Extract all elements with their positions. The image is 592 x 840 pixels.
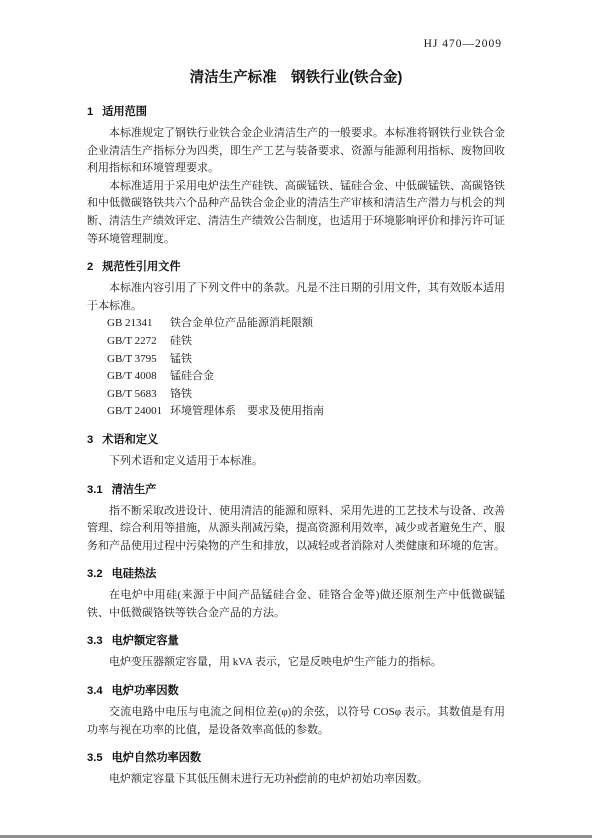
term-3-3-title: 电炉额定容量 xyxy=(112,635,179,647)
reference-code: GB/T 2272 xyxy=(107,333,170,351)
reference-item: GB/T 4008 锰硅合金 xyxy=(107,368,505,386)
section-2-heading: 2规范性引用文件 xyxy=(87,258,505,274)
term-3-1-number: 3.1 xyxy=(87,484,103,496)
term-3-2-number: 3.2 xyxy=(87,568,103,580)
term-definition: 交流电路中电压与电流之间相位差(φ)的余弦，以符号 COSφ 表示。其数值是有用… xyxy=(87,704,505,739)
reference-code: GB/T 3795 xyxy=(107,351,170,369)
page-number: 1 xyxy=(0,774,592,786)
document-content: 1适用范围 本标准规定了钢铁行业铁合金企业清洁生产的一般要求。本标准将钢铁行业铁… xyxy=(87,103,505,789)
section-1-heading: 1适用范围 xyxy=(87,103,505,119)
document-page: HJ 470—2009 清洁生产标准 钢铁行业(铁合金) 1适用范围 本标准规定… xyxy=(0,0,592,840)
section-1-title: 适用范围 xyxy=(102,106,147,118)
reference-code: GB/T 24001 xyxy=(107,403,170,421)
paragraph: 本标准内容引用了下列文件中的条款。凡是不注日期的引用文件，其有效版本适用于本标准… xyxy=(87,280,505,315)
term-definition: 指不断采取改进设计、使用清洁的能源和原料、采用先进的工艺技术与设备、改善管理、综… xyxy=(87,503,505,556)
reference-item: GB/T 3795 锰铁 xyxy=(107,351,505,369)
term-3-3-heading: 3.3电炉额定容量 xyxy=(87,632,505,648)
term-3-4-number: 3.4 xyxy=(87,685,103,697)
section-3-title: 术语和定义 xyxy=(102,434,158,446)
term-3-1-heading: 3.1清洁生产 xyxy=(87,481,505,497)
reference-item: GB/T 2272 硅铁 xyxy=(107,333,505,351)
reference-name: 铬铁 xyxy=(170,386,192,404)
term-definition: 在电炉中用硅(来源于中间产品锰硅合金、硅铬合金等)做还原剂生产中低微碳锰铁、中低… xyxy=(87,587,505,622)
term-3-2-title: 电硅热法 xyxy=(112,568,157,580)
section-2-number: 2 xyxy=(87,261,93,273)
reference-item: GB 21341 铁合金单位产品能源消耗限额 xyxy=(107,315,505,333)
term-3-1-title: 清洁生产 xyxy=(112,484,157,496)
term-3-5-number: 3.5 xyxy=(87,752,103,764)
paragraph: 下列术语和定义适用于本标准。 xyxy=(87,453,505,471)
section-2-title: 规范性引用文件 xyxy=(102,261,180,273)
reference-name: 铁合金单位产品能源消耗限额 xyxy=(170,315,313,333)
reference-name: 锰硅合金 xyxy=(170,368,214,386)
term-definition: 电炉变压器额定容量，用 kVA 表示，它是反映电炉生产能力的指标。 xyxy=(87,654,505,672)
doc-code: HJ 470—2009 xyxy=(424,38,502,50)
term-3-4-title: 电炉功率因数 xyxy=(112,685,179,697)
scan-edge-artifact xyxy=(0,835,592,838)
doc-title: 清洁生产标准 钢铁行业(铁合金) xyxy=(0,66,592,87)
section-3-heading: 3术语和定义 xyxy=(87,431,505,447)
term-3-5-title: 电炉自然功率因数 xyxy=(112,752,202,764)
reference-code: GB 21341 xyxy=(107,315,170,333)
term-3-3-number: 3.3 xyxy=(87,635,103,647)
term-3-4-heading: 3.4电炉功率因数 xyxy=(87,682,505,698)
paragraph: 本标准规定了钢铁行业铁合金企业清洁生产的一般要求。本标准将钢铁行业铁合金企业清洁… xyxy=(87,125,505,178)
reference-name: 环境管理体系 要求及使用指南 xyxy=(170,403,324,421)
reference-item: GB/T 5683 铬铁 xyxy=(107,386,505,404)
reference-name: 锰铁 xyxy=(170,351,192,369)
term-3-2-heading: 3.2电硅热法 xyxy=(87,565,505,581)
reference-item: GB/T 24001 环境管理体系 要求及使用指南 xyxy=(107,403,505,421)
paragraph: 本标准适用于采用电炉法生产硅铁、高碳锰铁、锰硅合金、中低碳锰铁、高碳铬铁和中低微… xyxy=(87,178,505,248)
reference-code: GB/T 4008 xyxy=(107,368,170,386)
term-3-5-heading: 3.5电炉自然功率因数 xyxy=(87,749,505,765)
section-3-number: 3 xyxy=(87,434,93,446)
reference-list: GB 21341 铁合金单位产品能源消耗限额 GB/T 2272 硅铁 GB/T… xyxy=(107,315,505,421)
reference-code: GB/T 5683 xyxy=(107,386,170,404)
section-1-number: 1 xyxy=(87,106,93,118)
reference-name: 硅铁 xyxy=(170,333,192,351)
